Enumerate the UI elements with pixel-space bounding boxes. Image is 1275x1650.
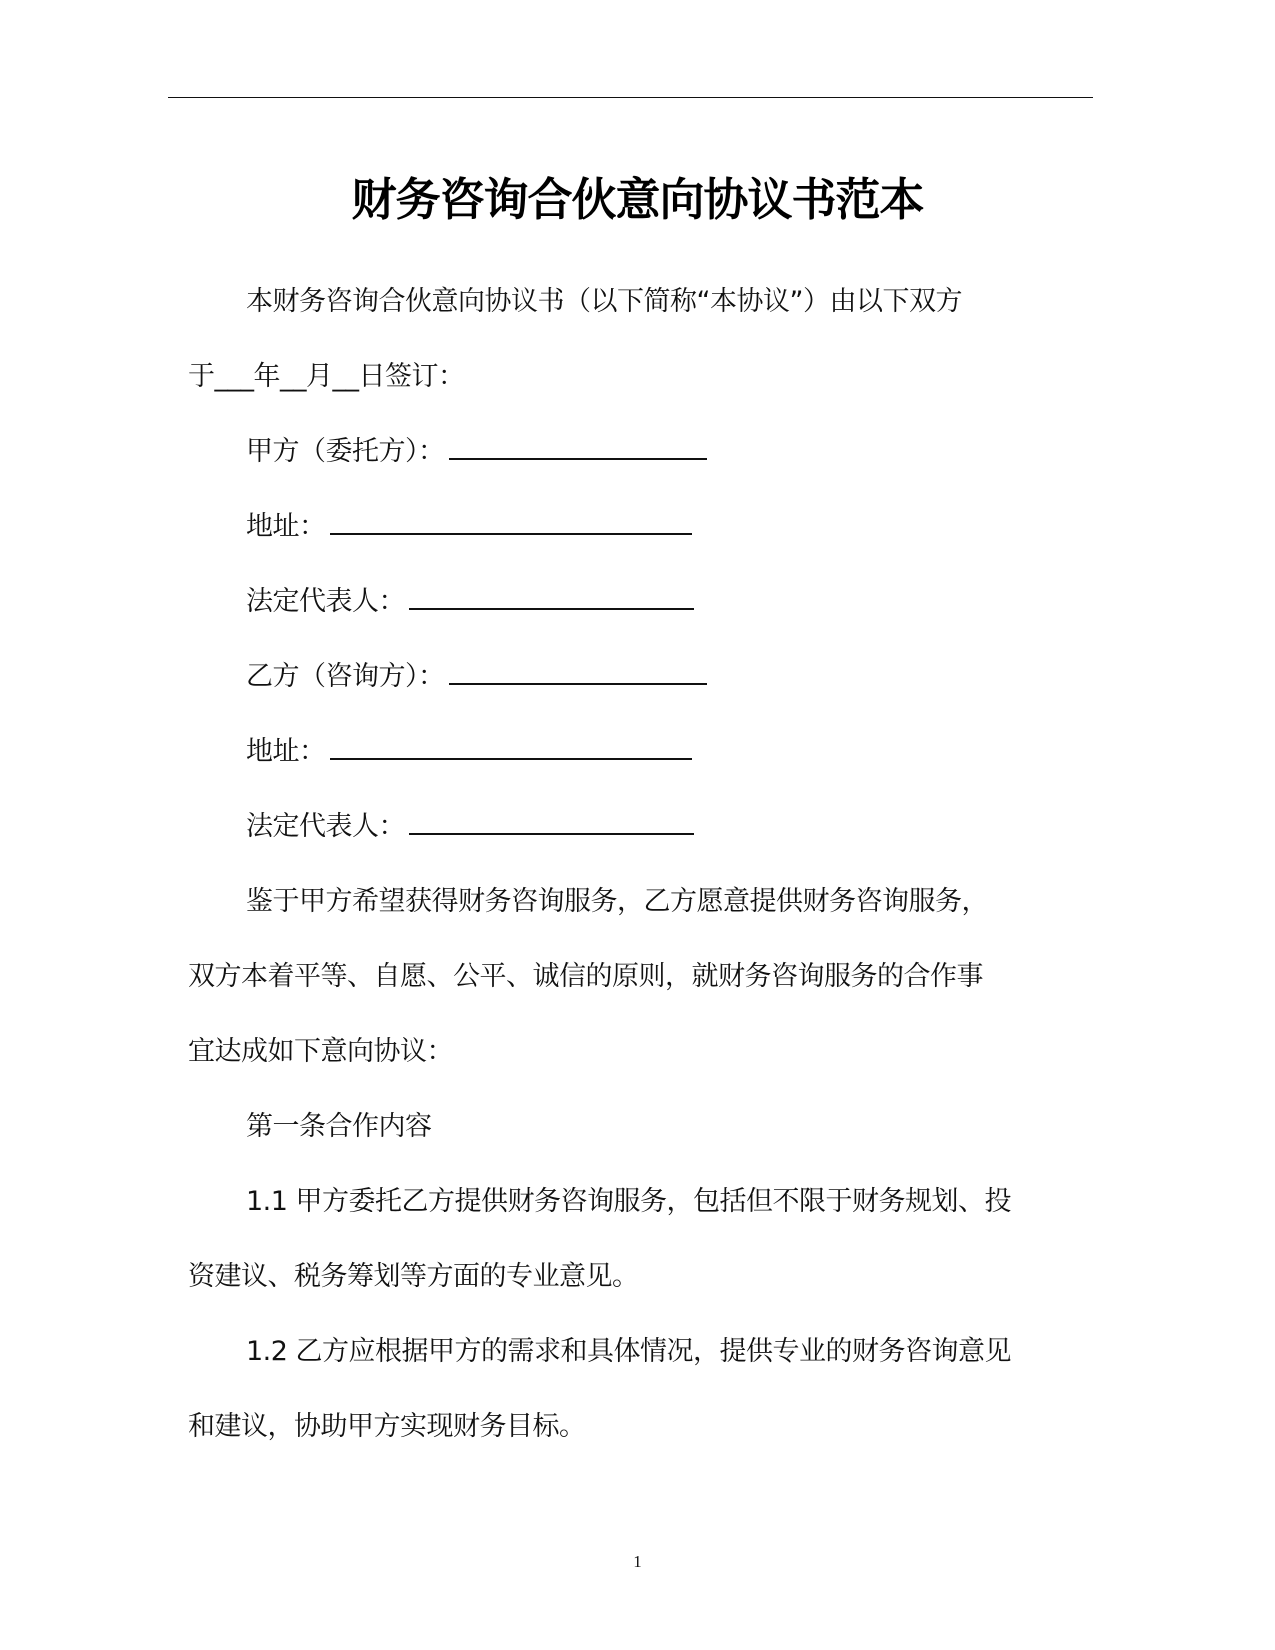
party-b-rep-blank-field[interactable] (409, 811, 694, 835)
party-a-address-row: 地址： (188, 489, 1093, 564)
party-a-address-label: 地址： (246, 511, 326, 542)
party-b-row: 乙方（咨询方）： (188, 639, 1093, 714)
clause-1-2-line-2: 和建议，协助甲方实现财务目标。 (188, 1389, 1093, 1464)
page-number: 1 (0, 1552, 1275, 1572)
party-b-rep-label: 法定代表人： (246, 811, 405, 842)
document-title: 财务咨询合伙意向协议书范本 (0, 170, 1275, 230)
clause-1-2-line-1: 1.2 乙方应根据甲方的需求和具体情况，提供专业的财务咨询意见 (188, 1314, 1093, 1389)
party-a-rep-label: 法定代表人： (246, 586, 405, 617)
clause-1-1-line-2: 资建议、税务筹划等方面的专业意见。 (188, 1239, 1093, 1314)
party-a-rep-blank-field[interactable] (409, 586, 694, 610)
party-b-blank-field[interactable] (449, 661, 707, 685)
preamble-line-1: 鉴于甲方希望获得财务咨询服务，乙方愿意提供财务咨询服务， (188, 864, 1093, 939)
document-body: 本财务咨询合伙意向协议书（以下简称“本协议”）由以下双方 于___年__月__日… (188, 264, 1093, 1464)
party-a-label: 甲方（委托方）： (246, 436, 445, 467)
party-b-address-blank-field[interactable] (330, 736, 692, 760)
party-b-address-label: 地址： (246, 736, 326, 767)
party-a-row: 甲方（委托方）： (188, 414, 1093, 489)
party-a-address-blank-field[interactable] (330, 511, 692, 535)
preamble-line-2: 双方本着平等、自愿、公平、诚信的原则，就财务咨询服务的合作事 (188, 939, 1093, 1014)
party-b-rep-row: 法定代表人： (188, 789, 1093, 864)
intro-line-1: 本财务咨询合伙意向协议书（以下简称“本协议”）由以下双方 (188, 264, 1093, 339)
party-a-blank-field[interactable] (449, 436, 707, 460)
party-a-rep-row: 法定代表人： (188, 564, 1093, 639)
clause-1-1-line-1: 1.1 甲方委托乙方提供财务咨询服务，包括但不限于财务规划、投 (188, 1164, 1093, 1239)
party-b-label: 乙方（咨询方）： (246, 661, 445, 692)
intro-line-2: 于___年__月__日签订： (188, 339, 1093, 414)
preamble-line-3: 宜达成如下意向协议： (188, 1014, 1093, 1089)
article-1-heading: 第一条合作内容 (188, 1089, 1093, 1164)
header-rule (168, 97, 1093, 98)
party-b-address-row: 地址： (188, 714, 1093, 789)
